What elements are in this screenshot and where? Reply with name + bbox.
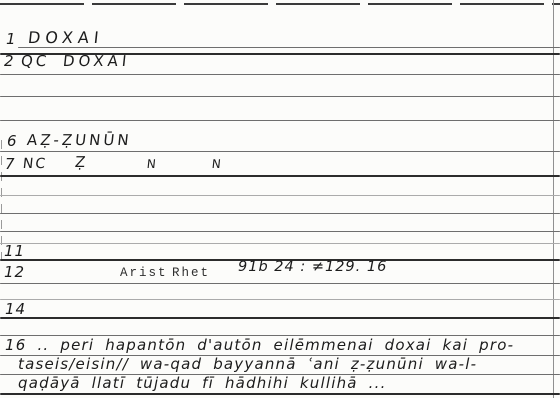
line16-cont2: qaḍāyā llatī tūjadu fī hādhihi kullihā .… <box>18 375 387 392</box>
line7-code: NC <box>22 156 48 172</box>
line14-num: 14 <box>5 301 26 318</box>
index-card: 1DOXAI2QCDOXAI6AẒ-ẒUNŪN7NCẒNN1112AristRh… <box>0 0 560 398</box>
line7-num: 7 <box>5 156 16 173</box>
line11-num: 11 <box>4 243 25 260</box>
line16-text: 16 .. peri hapantōn d'autōn eilēmmenai d… <box>5 337 514 354</box>
line6-num: 6 <box>7 133 18 150</box>
line2-heading: DOXAI <box>62 53 131 70</box>
line1-heading: DOXAI <box>27 29 104 47</box>
line12-citation: 91b 24 : ≠129. 16 <box>238 259 387 276</box>
line2-num: 2 <box>4 53 15 70</box>
line16-cont1: taseis/eisin// wa-qad bayyannā ʿani ẓ-ẓu… <box>18 356 477 373</box>
line1-num: 1 <box>6 31 17 48</box>
line7-letter-n2: N <box>211 158 225 172</box>
line12-num: 12 <box>4 264 25 281</box>
line2-code: QC <box>20 53 50 70</box>
line6-heading: AẒ-ẒUNŪN <box>26 132 132 149</box>
card-texts: 1DOXAI2QCDOXAI6AẒ-ẒUNŪN7NCẒNN1112AristRh… <box>0 0 560 398</box>
line12-work: Rhet <box>172 266 210 280</box>
line12-author: Arist <box>120 266 168 280</box>
line7-letter-n1: N <box>146 158 160 172</box>
line7-letter-z: Ẓ <box>74 154 90 171</box>
